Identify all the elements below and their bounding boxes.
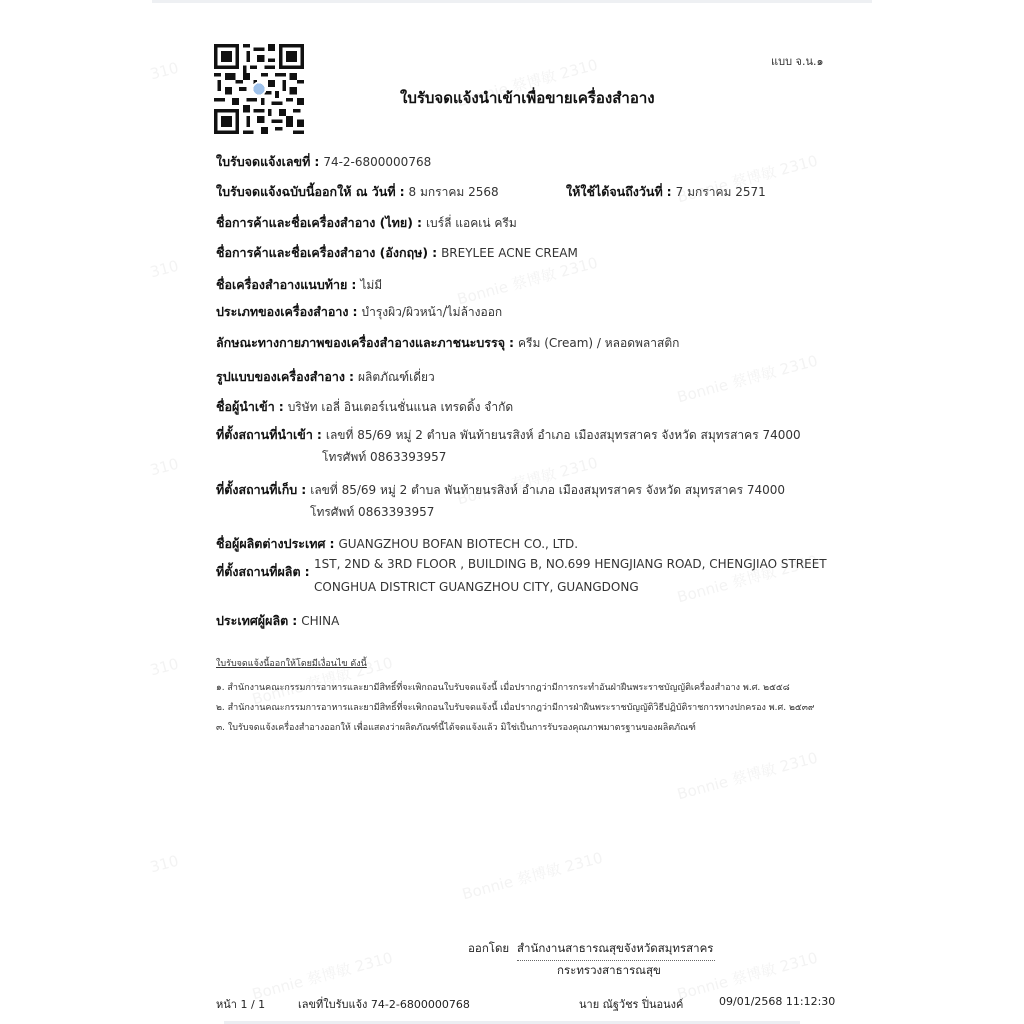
issue-date-row: ใบรับจดแจ้งฉบับนี้ออกให้ ณ วันที่ : 8 มก… bbox=[216, 182, 499, 202]
condition-item: ๒. สำนักงานคณะกรรมการอาหารและยามีสิทธิ์ท… bbox=[216, 700, 814, 714]
trade-name-en-row: ชื่อการค้าและชื่อเครื่องสำอาง (อังกฤษ) :… bbox=[216, 243, 578, 263]
issue-date-value: 8 มกราคม 2568 bbox=[409, 185, 499, 199]
issuing-office: สำนักงานสาธารณสุขจังหวัดสมุทรสาคร bbox=[517, 940, 715, 961]
cosmetic-type-row: ประเภทของเครื่องสำอาง : บำรุงผิว/ผิวหน้า… bbox=[216, 302, 502, 322]
notification-number-label: ใบรับจดแจ้งเลขที่ bbox=[216, 154, 310, 169]
page-number: หน้า 1 / 1 bbox=[216, 995, 265, 1013]
trade-name-th-row: ชื่อการค้าและชื่อเครื่องสำอาง (ไทย) : เบ… bbox=[216, 213, 517, 233]
document-title: ใบรับจดแจ้งนำเข้าเพื่อขายเครื่องสำอาง bbox=[400, 86, 655, 110]
document-page: แบบ จ.น.๑ ใบรับจดแจ้งนำเข้าเพื่อขายเครื่… bbox=[0, 0, 1024, 1024]
officer-name: นาย ณัฐวัชร ปิ่นอนงค์ bbox=[579, 995, 683, 1013]
form-code: แบบ จ.น.๑ bbox=[771, 52, 824, 70]
foreign-manufacturer-value: GUANGZHOU BOFAN BIOTECH CO., LTD. bbox=[338, 537, 578, 551]
valid-until-value: 7 มกราคม 2571 bbox=[676, 185, 766, 199]
physical-form-row: ลักษณะทางกายภาพของเครื่องสำอางและภาชนะบร… bbox=[216, 333, 679, 353]
product-form-row: รูปแบบของเครื่องสำอาง : ผลิตภัณฑ์เดี่ยว bbox=[216, 367, 435, 387]
storage-location-value: เลขที่ 85/69 หมู่ 2 ตำบล พันท้ายนรสิงห์ … bbox=[310, 483, 785, 497]
watermark: Bonnie 蔡博敏 2310 bbox=[675, 350, 820, 408]
storage-location-row: ที่ตั้งสถานที่เก็บ : เลขที่ 85/69 หมู่ 2… bbox=[216, 480, 785, 500]
manufacturer-country-row: ประเทศผู้ผลิต : CHINA bbox=[216, 611, 339, 631]
attached-name-row: ชื่อเครื่องสำอางแนบท้าย : ไม่มี bbox=[216, 275, 382, 295]
conditions-heading: ใบรับจดแจ้งนี้ออกให้โดยมีเงื่อนไข ดังนี้ bbox=[216, 656, 367, 670]
watermark: Bonnie 蔡博敏 2310 bbox=[460, 847, 605, 905]
manufacture-location-row: ที่ตั้งสถานที่ผลิต : bbox=[216, 562, 310, 582]
print-timestamp: 09/01/2568 11:12:30 bbox=[719, 995, 835, 1008]
import-location-phone: โทรศัพท์ 0863393957 bbox=[322, 448, 446, 467]
issued-by-label: ออกโดย bbox=[468, 940, 509, 958]
manufacture-location-line2: CONGHUA DISTRICT GUANGZHOU CITY, GUANGDO… bbox=[314, 580, 639, 594]
footer-notification-ref: เลขที่ใบรับแจ้ง 74-2-6800000768 bbox=[298, 995, 470, 1013]
import-location-value: เลขที่ 85/69 หมู่ 2 ตำบล พันท้ายนรสิงห์ … bbox=[326, 428, 801, 442]
valid-until-row: ให้ใช้ได้จนถึงวันที่ : 7 มกราคม 2571 bbox=[566, 182, 766, 202]
trade-name-en-value: BREYLEE ACNE CREAM bbox=[441, 246, 578, 260]
importer-value: บริษัท เอลี่ อินเตอร์เนชั่นแนล เทรดดิ้ง … bbox=[288, 400, 513, 414]
trade-name-th-value: เบร์ลี่ แอคเน่ ครีม bbox=[426, 216, 517, 230]
manufacturer-country-value: CHINA bbox=[301, 614, 339, 628]
watermark-fragment: 310 bbox=[148, 59, 180, 84]
issue-date-label: ใบรับจดแจ้งฉบับนี้ออกให้ ณ วันที่ bbox=[216, 184, 396, 199]
foreign-manufacturer-row: ชื่อผู้ผลิตต่างประเทศ : GUANGZHOU BOFAN … bbox=[216, 534, 578, 554]
importer-row: ชื่อผู้นำเข้า : บริษัท เอลี่ อินเตอร์เนช… bbox=[216, 397, 513, 417]
ministry-name: กระทรวงสาธารณสุข bbox=[557, 962, 661, 980]
notification-number-row: ใบรับจดแจ้งเลขที่ : 74-2-6800000768 bbox=[216, 152, 431, 172]
valid-until-label: ให้ใช้ได้จนถึงวันที่ bbox=[566, 184, 663, 199]
manufacture-location-line1: 1ST, 2ND & 3RD FLOOR , BUILDING B, NO.69… bbox=[314, 557, 827, 571]
watermark-fragment: 310 bbox=[148, 257, 180, 282]
watermark: Bonnie 蔡博敏 2310 bbox=[675, 747, 820, 805]
conditions-section: ใบรับจดแจ้งนี้ออกให้โดยมีเงื่อนไข ดังนี้… bbox=[216, 656, 367, 670]
import-location-row: ที่ตั้งสถานที่นำเข้า : เลขที่ 85/69 หมู่… bbox=[216, 425, 801, 445]
product-form-value: ผลิตภัณฑ์เดี่ยว bbox=[358, 370, 435, 384]
notification-number-value: 74-2-6800000768 bbox=[323, 155, 431, 169]
condition-item: ๑. สำนักงานคณะกรรมการอาหารและยามีสิทธิ์ท… bbox=[216, 680, 790, 694]
cosmetic-type-value: บำรุงผิว/ผิวหน้า/ไม่ล้างออก bbox=[361, 305, 502, 319]
attached-name-value: ไม่มี bbox=[360, 278, 382, 292]
watermark-fragment: 310 bbox=[148, 455, 180, 480]
watermark-fragment: 310 bbox=[148, 655, 180, 680]
watermark-fragment: 310 bbox=[148, 852, 180, 877]
physical-form-value: ครีม (Cream) / หลอดพลาสติก bbox=[518, 336, 679, 350]
storage-location-phone: โทรศัพท์ 0863393957 bbox=[310, 503, 434, 522]
condition-item: ๓. ใบรับจดแจ้งเครื่องสำอางออกให้ เพื่อแส… bbox=[216, 720, 696, 734]
qr-code-icon bbox=[214, 44, 304, 134]
